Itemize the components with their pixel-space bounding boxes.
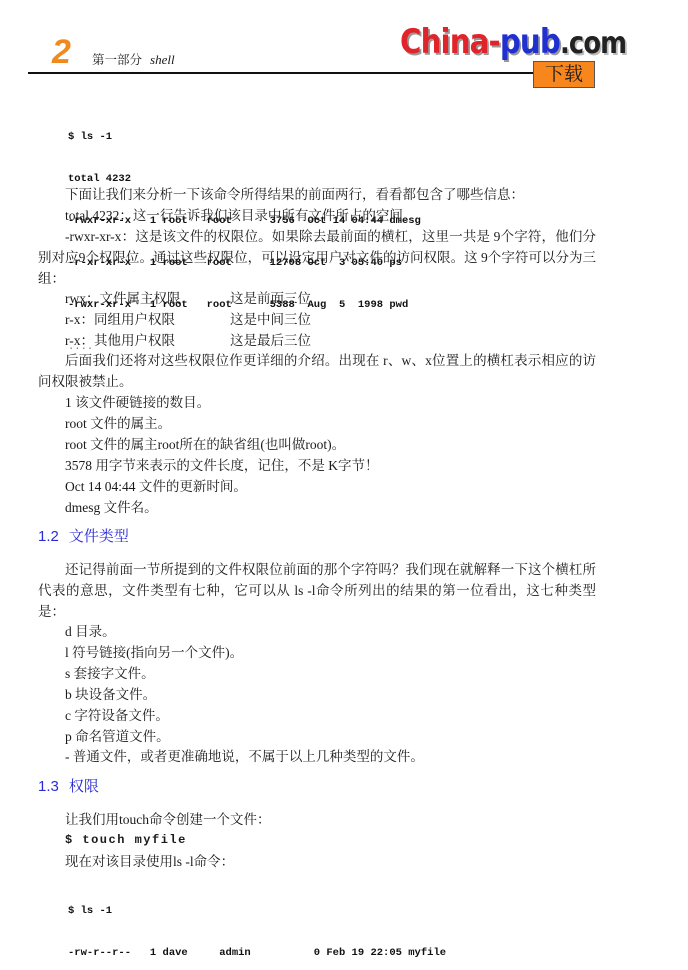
perm-group-group: r-x：同组用户权限这是中间三位 <box>65 309 311 330</box>
section-title: 文件类型 <box>69 528 129 545</box>
header-rule <box>28 72 553 74</box>
permission-note: 后面我们还将对这些权限位作更详细的介绍。出现在 r、w、x位置上的横杠表示相应的… <box>38 350 596 392</box>
file-type-item: d 目录。 <box>65 621 116 642</box>
touch-command: $ touch myfile <box>65 830 187 851</box>
part-subtitle: shell <box>150 52 175 67</box>
perm-group-label: r-x：同组用户权限 <box>65 309 230 330</box>
file-type-item: b 块设备文件。 <box>65 684 156 705</box>
logo-dash: - <box>489 22 500 62</box>
perm-group-desc: 这是最后三位 <box>230 333 311 348</box>
perm-group-label: r-x：其他用户权限 <box>65 330 230 351</box>
field-desc: 1 该文件硬链接的数目。 <box>65 392 210 413</box>
section-heading-file-types: 1.2文件类型 <box>38 527 129 547</box>
section-number: 1.2 <box>38 528 59 545</box>
perm-group-other: r-x：其他用户权限这是最后三位 <box>65 330 311 351</box>
logo-pub: pub <box>500 22 560 62</box>
field-desc: root 文件的属主。 <box>65 413 171 434</box>
file-type-item: - 普通文件，或者更准确地说，不属于以上几种类型的文件。 <box>65 746 424 767</box>
running-header: 第一部分shell <box>92 52 175 68</box>
touch-intro: 让我们用touch命令创建一个文件： <box>65 809 271 830</box>
total-explanation: total 4232：这一行告诉我们该目录中所有文件所占的空间。 <box>65 205 416 226</box>
code-line: -rw-r--r-- 1 dave admin 0 Feb 19 22:05 m… <box>68 946 446 960</box>
field-desc: Oct 14 04:44 文件的更新时间。 <box>65 476 247 497</box>
china-pub-logo[interactable]: China-pub.com <box>400 22 626 64</box>
download-button[interactable]: 下载 <box>533 61 595 88</box>
perm-group-owner: rwx：文件属主权限这是前面三位 <box>65 288 311 309</box>
page-number: 2 <box>52 32 71 72</box>
perm-group-desc: 这是中间三位 <box>230 312 311 327</box>
logo-com: .com <box>560 26 626 61</box>
logo-china: China <box>400 22 489 62</box>
file-type-item: l 符号链接(指向另一个文件)。 <box>65 642 243 663</box>
code-line: $ ls -1 <box>68 904 446 918</box>
section-title: 权限 <box>69 778 99 795</box>
file-types-intro: 还记得前面一节所提到的文件权限位前面的那个字符吗？我们现在就解释一下这个横杠所代… <box>38 559 596 622</box>
file-type-item: p 命名管道文件。 <box>65 726 170 747</box>
perm-group-label: rwx：文件属主权限 <box>65 288 230 309</box>
ls-intro: 现在对该目录使用ls -l命令： <box>65 851 234 872</box>
perm-group-desc: 这是前面三位 <box>230 291 311 306</box>
file-type-item: c 字符设备文件。 <box>65 705 169 726</box>
file-type-item: s 套接字文件。 <box>65 663 155 684</box>
field-desc: 3578 用字节来表示的文件长度，记住，不是 K字节！ <box>65 455 379 476</box>
field-desc: dmesg 文件名。 <box>65 497 158 518</box>
part-label: 第一部分 <box>92 52 142 67</box>
section-heading-permissions: 1.3权限 <box>38 777 99 797</box>
section-number: 1.3 <box>38 778 59 795</box>
code-line: $ ls -1 <box>68 130 421 144</box>
code-block-myfile: $ ls -1 -rw-r--r-- 1 dave admin 0 Feb 19… <box>68 876 446 970</box>
field-desc: root 文件的属主root所在的缺省组(也叫做root)。 <box>65 434 345 455</box>
analysis-intro: 下面让我们来分析一下该命令所得结果的前面两行，看看都包含了哪些信息： <box>65 184 524 205</box>
permission-paragraph: -rwxr-xr-x：这是该文件的权限位。如果除去最前面的横杠，这里一共是 9个… <box>38 226 596 289</box>
